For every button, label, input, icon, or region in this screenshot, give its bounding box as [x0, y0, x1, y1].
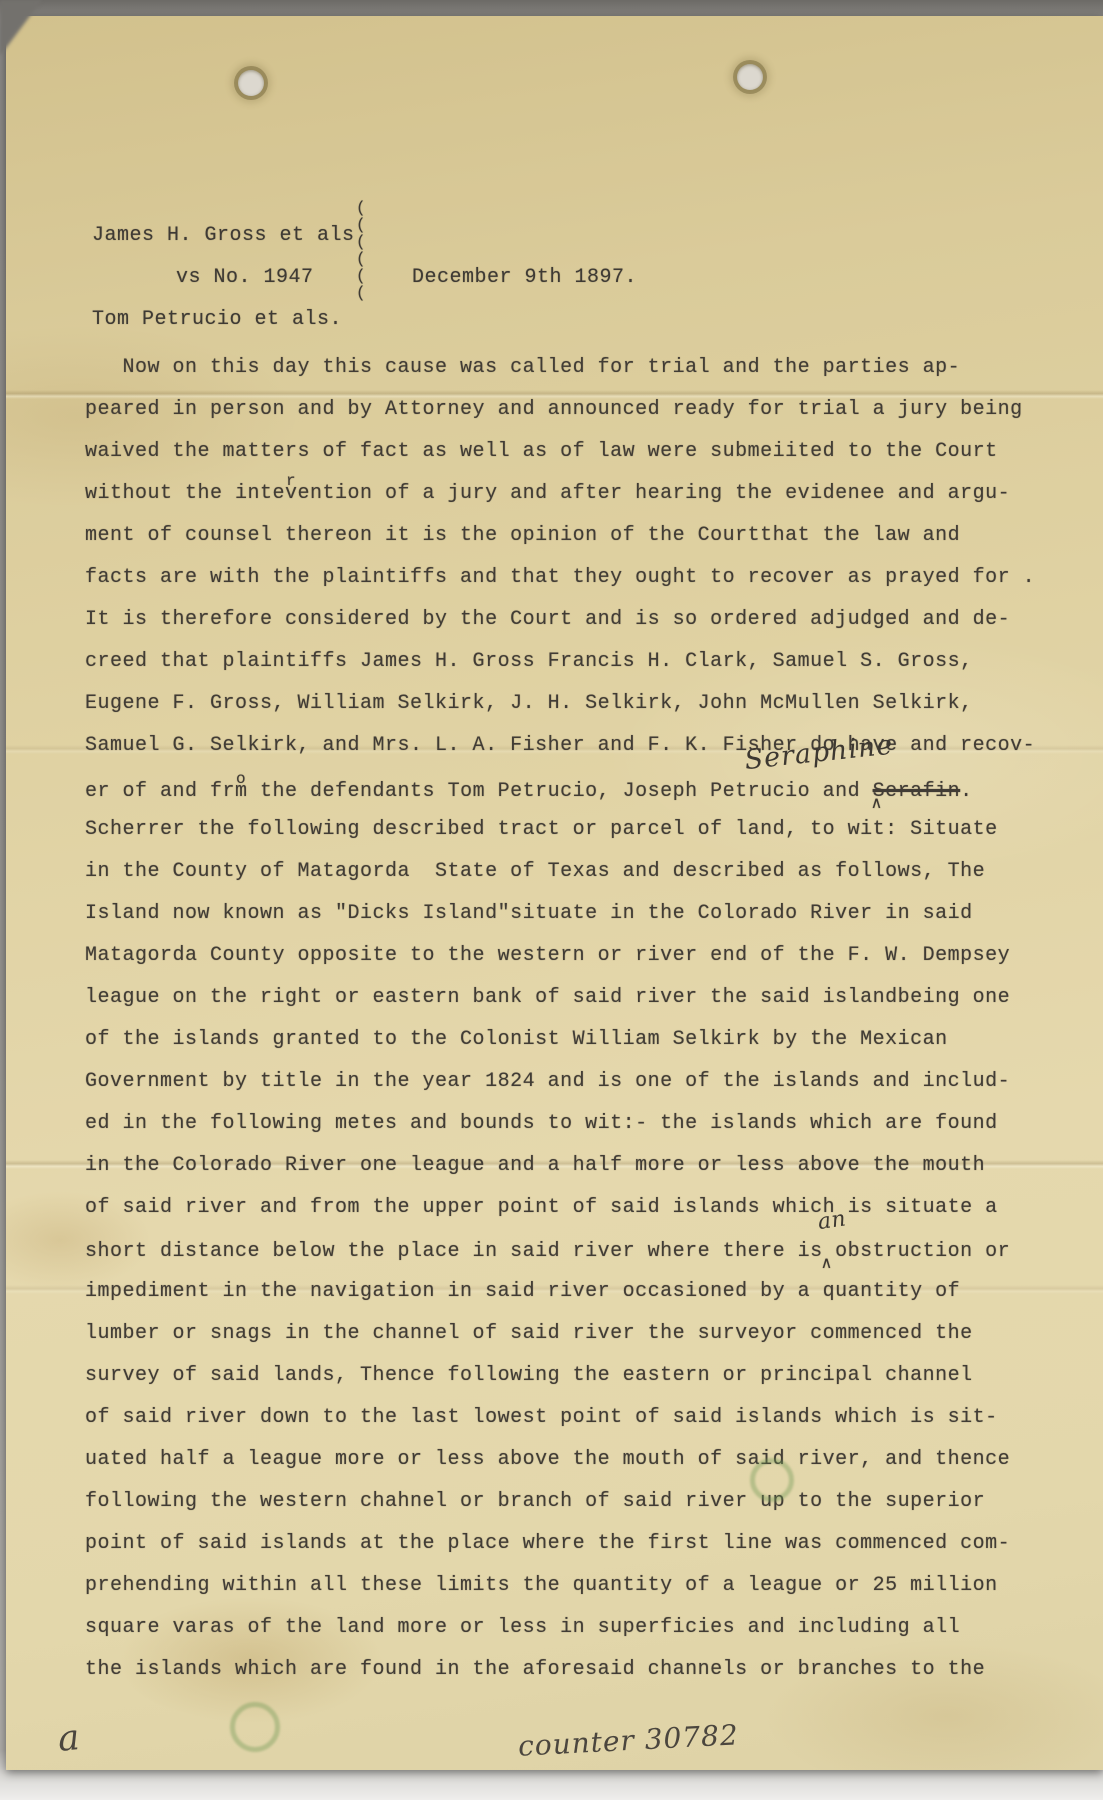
document-line: peared in person and by Attorney and ann…: [85, 389, 1035, 431]
typed-text: of said river and from the upper point o…: [85, 1196, 998, 1219]
typed-text: without the inte: [85, 482, 285, 505]
document-line: facts are with the plaintiffs and that t…: [85, 557, 1035, 599]
document-line: square varas of the land more or less in…: [85, 1607, 1035, 1649]
typed-text: uated half a league more or less above t…: [85, 1448, 1010, 1471]
typed-text: m the defendants Tom Petrucio, Joseph Pe…: [235, 780, 873, 803]
plaintiff-name: James H. Gross et als: [92, 215, 355, 257]
order-date: December 9th 1897.: [412, 257, 637, 299]
scan-background: { "document": { "caption": { "plaintiff"…: [0, 0, 1103, 1800]
typed-text: peared in person and by Attorney and ann…: [85, 398, 1023, 421]
document-line: ment of counsel thereon it is the opinio…: [85, 515, 1035, 557]
typed-text: impediment in the navigation in said riv…: [85, 1280, 960, 1303]
document-line: It is therefore considered by the Court …: [85, 599, 1035, 641]
document-line: of the islands granted to the Colonist W…: [85, 1019, 1035, 1061]
handwritten-counter-number: counter 30782: [517, 1718, 739, 1763]
typed-text: Matagorda County opposite to the western…: [85, 944, 1010, 967]
document-line: point of said islands at the place where…: [85, 1523, 1035, 1565]
document-line: Now on this day this cause was called fo…: [85, 347, 1035, 389]
document-line: prehending within all these limits the q…: [85, 1565, 1035, 1607]
typed-text: lumber or snags in the channel of said r…: [85, 1322, 973, 1345]
document-line: of said river and from the upper point o…: [85, 1187, 1035, 1229]
typed-text: vention of a jury and after hearing the …: [285, 482, 1010, 505]
punch-hole-left: [238, 70, 264, 96]
typed-text: of the islands granted to the Colonist W…: [85, 1028, 948, 1051]
document-line: survey of said lands, Thence following t…: [85, 1355, 1035, 1397]
typed-text: er of and fr: [85, 780, 235, 803]
typed-text: league on the right or eastern bank of s…: [85, 986, 1010, 1009]
typed-text: short distance below the place in said r…: [85, 1240, 823, 1263]
corner-fold-shadow: [0, 0, 42, 56]
document-page: James H. Gross et als vs No. 1947 Tom Pe…: [6, 16, 1103, 1770]
struck-out-text: Serafin: [873, 780, 961, 803]
green-stamp-ring: [230, 1702, 280, 1752]
defendant-name: Tom Petrucio et als.: [92, 299, 355, 341]
document-line: of said river down to the last lowest po…: [85, 1397, 1035, 1439]
typed-text: ed in the following metes and bounds to …: [85, 1112, 998, 1135]
case-caption: James H. Gross et als vs No. 1947 Tom Pe…: [92, 215, 355, 341]
green-stamp-ring: [750, 1458, 794, 1502]
typed-text: waived the matters of fact as well as of…: [85, 440, 998, 463]
typed-text: facts are with the plaintiffs and that t…: [85, 566, 1035, 589]
typed-text: It is therefore considered by the Court …: [85, 608, 1010, 631]
typed-text: point of said islands at the place where…: [85, 1532, 1010, 1555]
handwritten-footer-letter: a: [56, 1717, 81, 1760]
document-line: impediment in the navigation in said riv…: [85, 1271, 1035, 1313]
typed-text: .: [960, 780, 973, 803]
typed-text: the islands which are found in the afore…: [85, 1658, 985, 1681]
document-line: the islands which are found in the afore…: [85, 1649, 1035, 1691]
case-number-line: vs No. 1947: [92, 257, 355, 299]
caption-brace: ( ( ( ( ( (: [356, 200, 366, 302]
document-line: creed that plaintiffs James H. Gross Fra…: [85, 641, 1035, 683]
typed-text: square varas of the land more or less in…: [85, 1616, 960, 1639]
document-line: in the Colorado River one league and a h…: [85, 1145, 1035, 1187]
document-line: uated half a league more or less above t…: [85, 1439, 1035, 1481]
document-body: Now on this day this cause was called fo…: [85, 347, 1035, 1691]
document-line: er of and from the defendants Tom Petruc…: [85, 767, 1035, 809]
document-line: waived the matters of fact as well as of…: [85, 431, 1035, 473]
document-line: short distance below the place in said r…: [85, 1229, 1035, 1271]
typed-text: in the Colorado River one league and a h…: [85, 1154, 985, 1177]
punch-hole-right: [737, 64, 763, 90]
document-line: ed in the following metes and bounds to …: [85, 1103, 1035, 1145]
document-line: Government by title in the year 1824 and…: [85, 1061, 1035, 1103]
typed-text: Island now known as "Dicks Island"situat…: [85, 902, 973, 925]
typed-text: of said river down to the last lowest po…: [85, 1406, 998, 1429]
typed-text: in the County of Matagorda State of Texa…: [85, 860, 985, 883]
document-line: league on the right or eastern bank of s…: [85, 977, 1035, 1019]
document-line: without the intervention of a jury and a…: [85, 473, 1035, 515]
typed-text: following the western chahnel or branch …: [85, 1490, 985, 1513]
document-line: Matagorda County opposite to the western…: [85, 935, 1035, 977]
typed-text: obstruction or: [823, 1240, 1011, 1263]
typed-text: Government by title in the year 1824 and…: [85, 1070, 1010, 1093]
document-line: lumber or snags in the channel of said r…: [85, 1313, 1035, 1355]
typed-text: survey of said lands, Thence following t…: [85, 1364, 973, 1387]
document-line: following the western chahnel or branch …: [85, 1481, 1035, 1523]
typed-text: Scherrer the following described tract o…: [85, 818, 998, 841]
typed-text: ment of counsel thereon it is the opinio…: [85, 524, 960, 547]
document-line: Scherrer the following described tract o…: [85, 809, 1035, 851]
document-line: in the County of Matagorda State of Texa…: [85, 851, 1035, 893]
document-line: Island now known as "Dicks Island"situat…: [85, 893, 1035, 935]
typed-text: Eugene F. Gross, William Selkirk, J. H. …: [85, 692, 973, 715]
document-line: Eugene F. Gross, William Selkirk, J. H. …: [85, 683, 1035, 725]
typed-text: prehending within all these limits the q…: [85, 1574, 998, 1597]
typed-text: creed that plaintiffs James H. Gross Fra…: [85, 650, 973, 673]
typed-text: Now on this day this cause was called fo…: [85, 356, 960, 379]
